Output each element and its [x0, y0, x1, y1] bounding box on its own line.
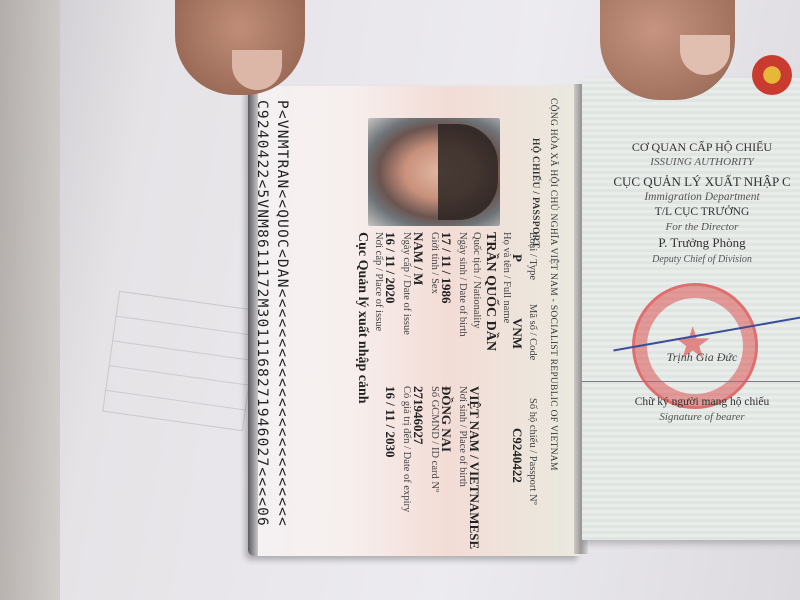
code-label: Mã số / Code [527, 304, 538, 360]
type-label: Loại / Type [527, 232, 538, 280]
title-en: Deputy Chief of Division [582, 254, 800, 265]
sex-value: NAM / M [410, 232, 426, 285]
official-seal: ★ [632, 283, 758, 409]
holder-photo [368, 118, 500, 226]
floor [0, 0, 60, 600]
show-through-form [102, 291, 260, 432]
authority-en: ISSUING AUTHORITY [582, 156, 800, 168]
mrz-line-2: C9240422<5VNM8611172M3011168271946027<<<… [254, 100, 270, 527]
bearer-signature-vn: Chữ ký người mang hộ chiếu [582, 396, 800, 408]
title-vn: P. Trưởng Phòng [582, 235, 800, 251]
signature-line [582, 381, 800, 382]
director-vn: T/L CỤC TRƯỞNG [582, 206, 800, 218]
authority-vn: CƠ QUAN CẤP HỘ CHIẾU [582, 140, 800, 155]
issuing-authority-page: CƠ QUAN CẤP HỘ CHIẾU ISSUING AUTHORITY C… [582, 78, 800, 540]
full-name-value: TRẦN QUỐC DẦN [482, 232, 498, 351]
issue-date-value: 16 / 11 / 2020 [382, 232, 398, 304]
department-en: Immigration Department [582, 191, 800, 203]
bearer-signature-en: Signature of bearer [582, 411, 800, 423]
nationality-value: VIỆT NAM / VIETNAMESE [466, 386, 482, 549]
id-value: 271946027 [410, 386, 426, 445]
pob-value: ĐỒNG NAI [438, 386, 454, 452]
expiry-value: 16 / 11 / 2030 [382, 386, 398, 458]
country-header: CỘNG HÒA XÃ HỘI CHỦ NGHĨA VIỆT NAM - SOC… [548, 98, 558, 471]
signatory-name: Trịnh Gia Đức [582, 350, 800, 365]
nationality-label: Quốc tịch / Nationality [471, 232, 482, 329]
pob-label: Nơi sinh / Place of birth [457, 386, 468, 487]
national-emblem-icon [752, 55, 792, 95]
full-name-label: Họ và tên / Full name [501, 232, 512, 323]
place-issue-value: Cục Quản lý xuất nhập cảnh [354, 232, 370, 404]
id-label: Số GCMND / ID card Nº [429, 386, 440, 492]
expiry-label: Có giá trị đến / Date of expiry [401, 386, 412, 512]
passport-data-page: P<VNMTRAN<<QUOC<DAN<<<<<<<<<<<<<<<<<<<<<… [248, 86, 580, 556]
passport-booklet: P<VNMTRAN<<QUOC<DAN<<<<<<<<<<<<<<<<<<<<<… [248, 78, 800, 556]
mrz-line-1: P<VNMTRAN<<QUOC<DAN<<<<<<<<<<<<<<<<<<<<<… [274, 100, 290, 527]
dob-value: 17 / 11 / 1986 [438, 232, 454, 304]
passport-no-label: Số hộ chiếu / Passport Nº [527, 398, 538, 505]
sex-label: Giới tính / Sex [429, 232, 440, 294]
director-en: For the Director [582, 221, 800, 233]
issue-date-label: Ngày cấp / Date of issue [401, 232, 412, 335]
passport-no-value: C9240422 [509, 428, 525, 483]
dob-label: Ngày sinh / Date of birth [457, 232, 468, 337]
department-vn: CỤC QUẢN LÝ XUẤT NHẬP C [582, 174, 800, 190]
place-issue-label: Nơi cấp / Place of issue [373, 232, 384, 331]
